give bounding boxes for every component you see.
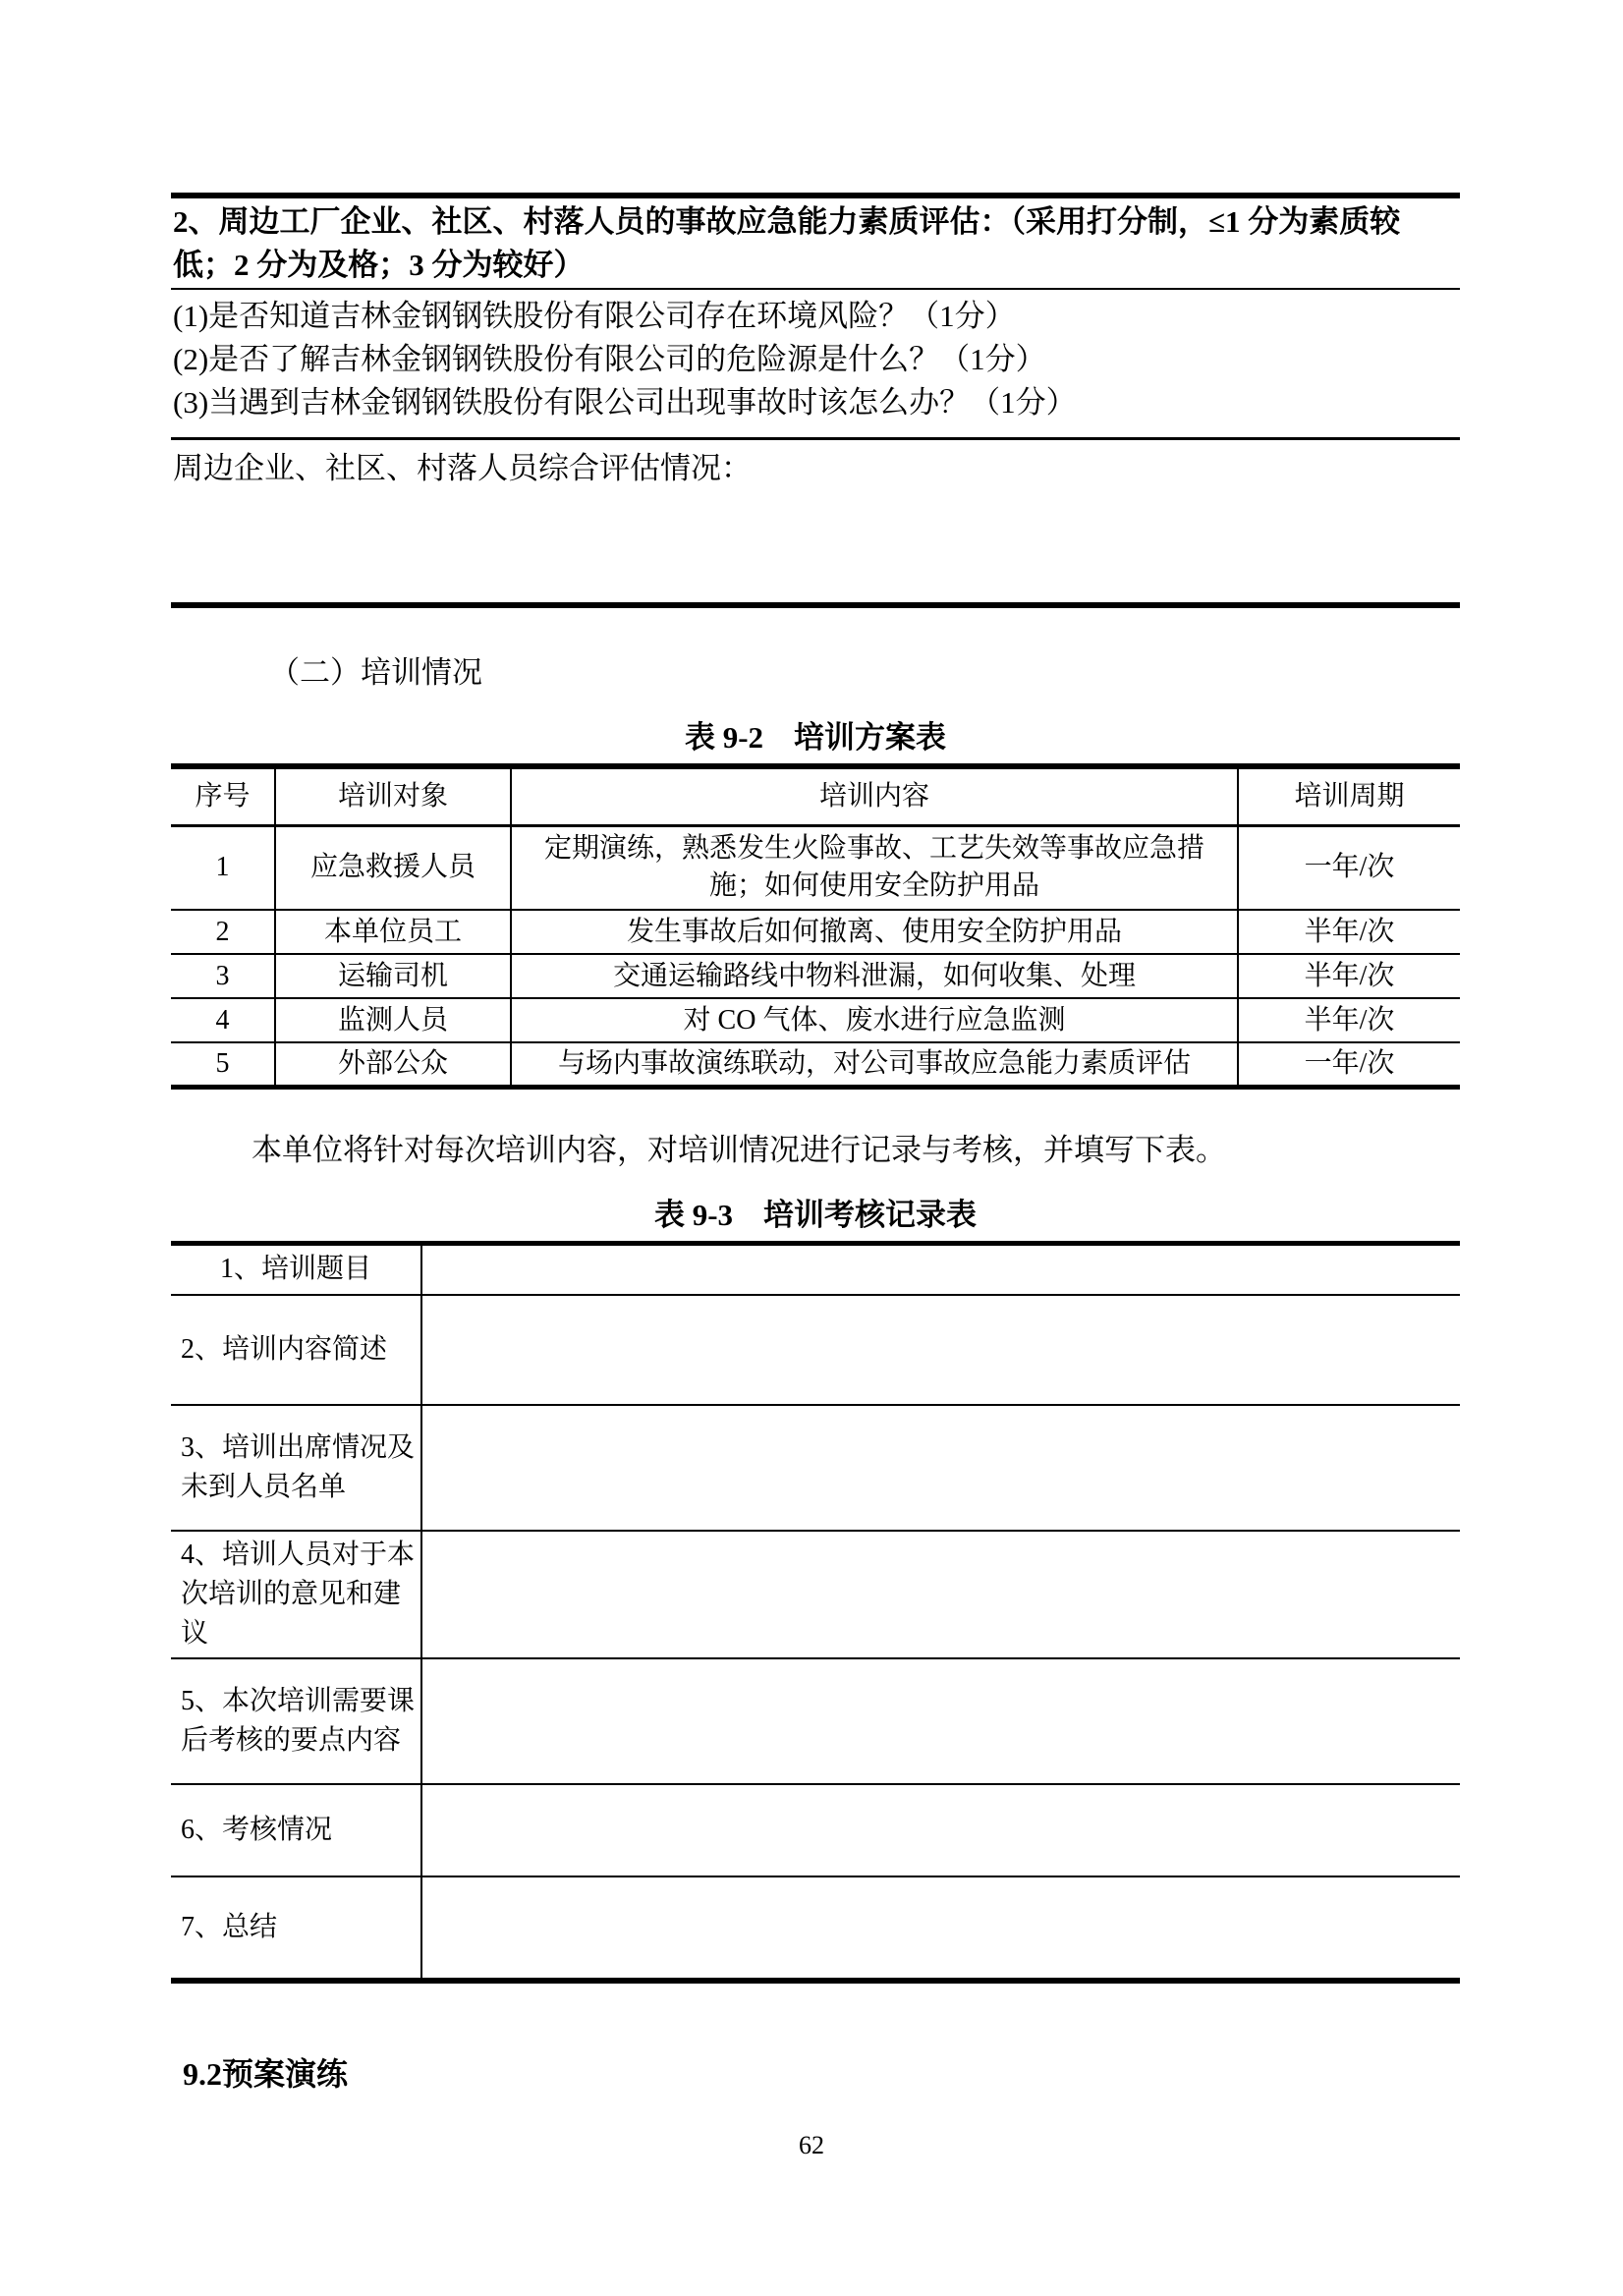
record-table-row: 4、培训人员对于本 次培训的意见和建 议	[171, 1531, 1460, 1658]
plan-table-row: 4 监测人员 对 CO 气体、废水进行应急监测 半年/次	[171, 998, 1460, 1042]
record-row-value	[421, 1295, 1460, 1405]
plan-table-row: 1 应急救援人员 定期演练，熟悉发生火险事故、工艺失效等事故应急措施；如何使用安…	[171, 825, 1460, 910]
record-table-row: 6、考核情况	[171, 1784, 1460, 1876]
table-9-2-title: 表 9-2 培训方案表	[171, 716, 1460, 759]
record-row-value	[421, 1405, 1460, 1531]
plan-cell-target: 运输司机	[275, 954, 511, 998]
record-row-label: 2、培训内容简述	[171, 1295, 421, 1405]
record-table-row: 7、总结	[171, 1876, 1460, 1981]
training-record-paragraph: 本单位将针对每次培训内容，对培训情况进行记录与考核，并填写下表。	[171, 1129, 1460, 1172]
record-row-label: 7、总结	[171, 1876, 421, 1981]
evaluation-summary-cell: 周边企业、社区、村落人员综合评估情况：	[171, 440, 1460, 602]
record-row-label: 5、本次培训需要课 后考核的要点内容	[171, 1658, 421, 1784]
plan-header-content: 培训内容	[511, 766, 1238, 825]
record-row-value	[421, 1784, 1460, 1876]
training-plan-table: 序号 培训对象 培训内容 培训周期 1 应急救援人员 定期演练，熟悉发生火险事故…	[171, 763, 1460, 1090]
plan-cell-cycle: 一年/次	[1238, 1042, 1460, 1088]
record-table-row: 3、培训出席情况及 未到人员名单	[171, 1405, 1460, 1531]
plan-cell-target: 应急救援人员	[275, 825, 511, 910]
training-record-table: 1、培训题目 2、培训内容简述 3、培训出席情况及 未到人员名单 4、培训人员对…	[171, 1241, 1460, 1984]
plan-cell-no: 1	[171, 825, 275, 910]
plan-cell-no: 2	[171, 910, 275, 954]
evaluation-questions: (1)是否知道吉林金钢钢铁股份有限公司存在环境风险？（1分） (2)是否了解吉林…	[171, 290, 1460, 440]
plan-header-no: 序号	[171, 766, 275, 825]
plan-cell-content: 与场内事故演练联动，对公司事故应急能力素质评估	[511, 1042, 1238, 1088]
record-table-row: 5、本次培训需要课 后考核的要点内容	[171, 1658, 1460, 1784]
plan-cell-content: 发生事故后如何撤离、使用安全防护用品	[511, 910, 1238, 954]
plan-cell-cycle: 一年/次	[1238, 825, 1460, 910]
page-number: 62	[0, 2130, 1623, 2161]
plan-cell-cycle: 半年/次	[1238, 910, 1460, 954]
plan-cell-no: 4	[171, 998, 275, 1042]
document-page: 2、周边工厂企业、社区、村落人员的事故应急能力素质评估：（采用打分制，≤1 分为…	[0, 0, 1623, 2296]
plan-cell-cycle: 半年/次	[1238, 998, 1460, 1042]
record-row-value	[421, 1244, 1460, 1295]
training-section-heading: （二）培训情况	[171, 651, 1460, 695]
plan-cell-content: 对 CO 气体、废水进行应急监测	[511, 998, 1238, 1042]
evaluation-heading: 2、周边工厂企业、社区、村落人员的事故应急能力素质评估：（采用打分制，≤1 分为…	[171, 198, 1460, 290]
section-9-2-heading: 9.2预案演练	[171, 2052, 1460, 2096]
plan-cell-no: 5	[171, 1042, 275, 1088]
plan-header-cycle: 培训周期	[1238, 766, 1460, 825]
record-table-row: 1、培训题目	[171, 1244, 1460, 1295]
plan-cell-target: 外部公众	[275, 1042, 511, 1088]
record-table-row: 2、培训内容简述	[171, 1295, 1460, 1405]
plan-cell-target: 监测人员	[275, 998, 511, 1042]
evaluation-question-3: (3)当遇到吉林金钢钢铁股份有限公司出现事故时该怎么办？（1分）	[173, 381, 1458, 424]
evaluation-summary-label: 周边企业、社区、村落人员综合评估情况：	[173, 451, 752, 485]
record-row-label: 1、培训题目	[171, 1244, 421, 1295]
plan-cell-cycle: 半年/次	[1238, 954, 1460, 998]
evaluation-question-2: (2)是否了解吉林金钢钢铁股份有限公司的危险源是什么？（1分）	[173, 338, 1458, 381]
evaluation-form: 2、周边工厂企业、社区、村落人员的事故应急能力素质评估：（采用打分制，≤1 分为…	[171, 193, 1460, 608]
plan-table-row: 3 运输司机 交通运输路线中物料泄漏，如何收集、处理 半年/次	[171, 954, 1460, 998]
record-row-value	[421, 1658, 1460, 1784]
plan-table-row: 2 本单位员工 发生事故后如何撤离、使用安全防护用品 半年/次	[171, 910, 1460, 954]
evaluation-question-1: (1)是否知道吉林金钢钢铁股份有限公司存在环境风险？（1分）	[173, 295, 1458, 338]
record-row-label: 3、培训出席情况及 未到人员名单	[171, 1405, 421, 1531]
plan-cell-content: 定期演练，熟悉发生火险事故、工艺失效等事故应急措施；如何使用安全防护用品	[511, 825, 1238, 910]
plan-table-row: 5 外部公众 与场内事故演练联动，对公司事故应急能力素质评估 一年/次	[171, 1042, 1460, 1088]
record-row-label: 6、考核情况	[171, 1784, 421, 1876]
record-row-label: 4、培训人员对于本 次培训的意见和建 议	[171, 1531, 421, 1658]
plan-header-target: 培训对象	[275, 766, 511, 825]
page-content: 2、周边工厂企业、社区、村落人员的事故应急能力素质评估：（采用打分制，≤1 分为…	[171, 0, 1460, 2096]
table-9-3-title: 表 9-3 培训考核记录表	[171, 1194, 1460, 1237]
plan-cell-no: 3	[171, 954, 275, 998]
plan-table-header-row: 序号 培训对象 培训内容 培训周期	[171, 766, 1460, 825]
plan-cell-target: 本单位员工	[275, 910, 511, 954]
record-row-value	[421, 1876, 1460, 1981]
plan-cell-content: 交通运输路线中物料泄漏，如何收集、处理	[511, 954, 1238, 998]
record-row-value	[421, 1531, 1460, 1658]
